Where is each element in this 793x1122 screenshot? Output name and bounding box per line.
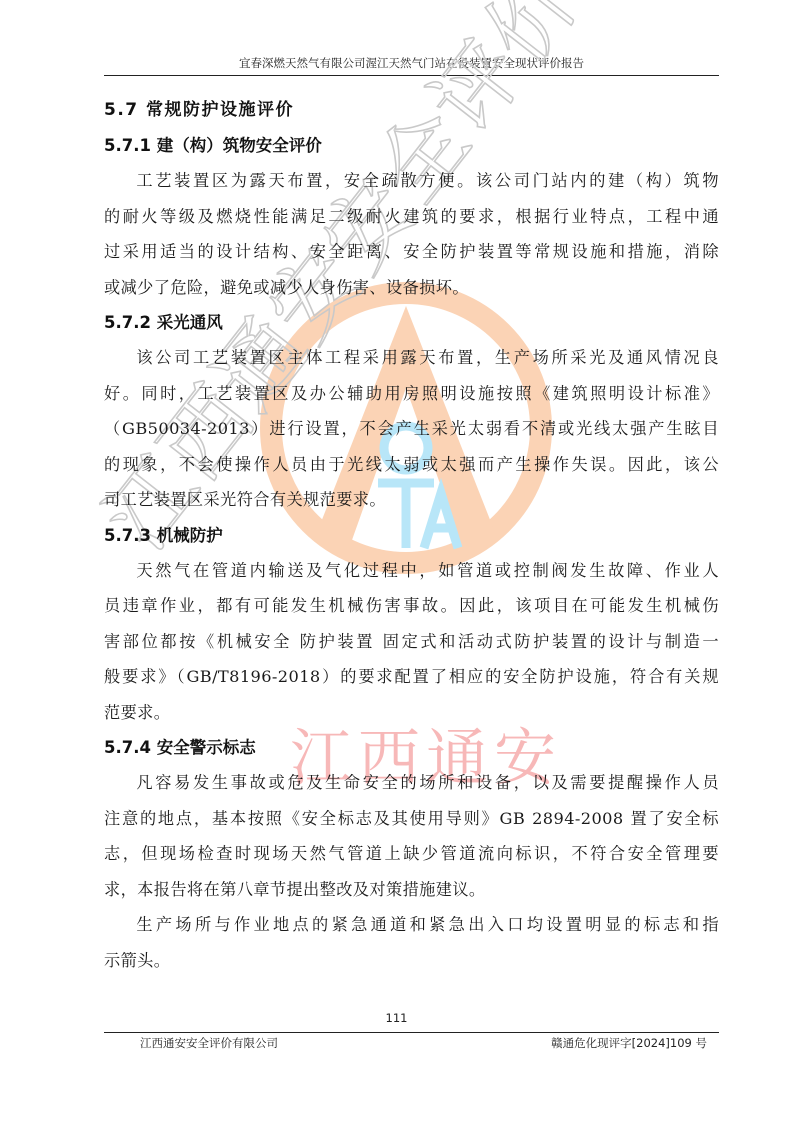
text-line: 凡容易发生事故或危及生命安全的场所和设备，以及需要提醒操作人员 [104,765,719,801]
text-line: 过采用适当的设计结构、安全距离、安全防护装置等常规设施和措施，消除 [104,234,719,270]
text-line: 生产场所与作业地点的紧急通道和紧急出入口均设置明显的标志和指 [104,907,719,943]
subsection-heading-5-7-1: 5.7.1 建（构）筑物安全评价 [104,128,719,163]
text-line: 好。同时，工艺装置区及办公辅助用房照明设施按照《建筑照明设计标准》 [104,376,719,412]
paragraph: 工艺装置区为露天布置，安全疏散方便。该公司门站内的建（构）筑物 的耐火等级及燃烧… [104,163,719,305]
text-line: 般要求》（GB/T8196-2018）的要求配置了相应的安全防护设施，符合有关规 [104,659,719,695]
text-line: 该公司工艺装置区主体工程采用露天布置，生产场所采光及通风情况良 [104,340,719,376]
text-line: 范要求。 [104,695,719,731]
text-line: 工艺装置区为露天布置，安全疏散方便。该公司门站内的建（构）筑物 [104,163,719,199]
subsection-heading-5-7-4: 5.7.4 安全警示标志 [104,730,719,765]
text-line: 害部位都按《机械安全 防护装置 固定式和活动式防护装置的设计与制造一 [104,624,719,660]
text-line: 求，本报告将在第八章节提出整改及对策措施建议。 [104,872,719,908]
text-line: 司工艺装置区采光符合有关规范要求。 [104,482,719,518]
text-line: 注意的地点，基本按照《安全标志及其使用导则》GB 2894-2008 置了安全标 [104,801,719,837]
page-header: 宜春深燃天然气有限公司渥江天然气门站在役装置安全现状评价报告 [104,55,719,76]
text-line: 或减少了危险，避免或减少人身伤害、设备损坏。 [104,270,719,306]
text-line: 的耐火等级及燃烧性能满足二级耐火建筑的要求，根据行业特点，工程中通 [104,199,719,235]
page-number: 111 [0,1011,793,1025]
section-heading: 5.7 常规防护设施评价 [104,93,719,128]
paragraph: 凡容易发生事故或危及生命安全的场所和设备，以及需要提醒操作人员 注意的地点，基本… [104,765,719,907]
footer-report-number: 赣通危化现评字[2024]109 号 [551,1035,707,1051]
text-line: 示箭头。 [104,943,719,979]
text-line: 志，但现场检查时现场天然气管道上缺少管道流向标识，不符合安全管理要 [104,836,719,872]
subsection-heading-5-7-2: 5.7.2 采光通风 [104,305,719,340]
footer-divider [104,1032,719,1033]
text-line: 的现象，不会使操作人员由于光线太弱或太强而产生操作失误。因此，该公 [104,447,719,483]
paragraph: 生产场所与作业地点的紧急通道和紧急出入口均设置明显的标志和指 示箭头。 [104,907,719,978]
text-line: 天然气在管道内输送及气化过程中，如管道或控制阀发生故障、作业人 [104,553,719,589]
footer-company: 江西通安安全评价有限公司 [140,1035,278,1051]
paragraph: 该公司工艺装置区主体工程采用露天布置，生产场所采光及通风情况良 好。同时，工艺装… [104,340,719,518]
paragraph: 天然气在管道内输送及气化过程中，如管道或控制阀发生故障、作业人 员违章作业，都有… [104,553,719,731]
text-line: （GB50034-2013）进行设置，不会产生采光太弱看不清或光线太强产生眩目 [104,411,719,447]
text-line: 员违章作业，都有可能发生机械伤害事故。因此，该项目在可能发生机械伤 [104,588,719,624]
subsection-heading-5-7-3: 5.7.3 机械防护 [104,518,719,553]
document-body: 5.7 常规防护设施评价 5.7.1 建（构）筑物安全评价 工艺装置区为露天布置… [104,93,719,978]
